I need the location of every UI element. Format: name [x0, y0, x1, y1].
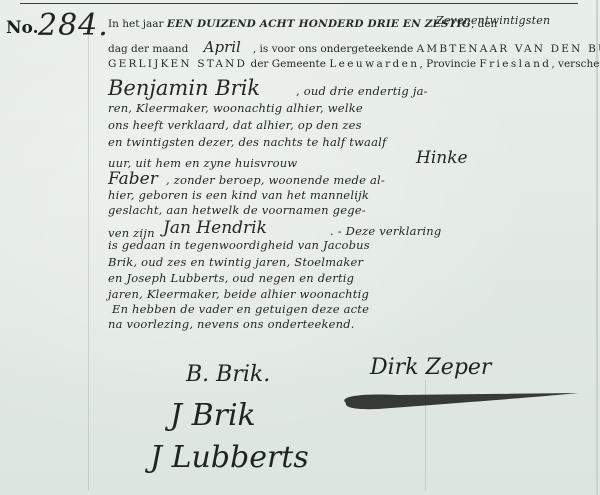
registrar-flourish — [338, 391, 588, 411]
body-text: En hebben de vader en getuigen deze acte — [112, 302, 369, 316]
signature-witness-2: J Lubberts — [150, 440, 309, 475]
printed-text: In het jaar — [108, 18, 164, 30]
body-line: Benjamin Brik , oud drie endertig ja- — [108, 76, 573, 98]
mother-surname: Faber — [108, 169, 158, 189]
printed-text: dag der maand — [108, 43, 188, 55]
printed-city: Leeuwarden — [329, 58, 419, 70]
header-line-3: GERLIJKEN STAND der Gemeente Leeuwarden,… — [108, 58, 600, 70]
child-given-names: Jan Hendrik — [163, 218, 267, 238]
body-text: jaren, Kleermaker, beide alhier woonacht… — [108, 287, 369, 301]
signature-witness-1: J Brik — [170, 398, 256, 433]
printed-text: der Gemeente — [250, 58, 325, 70]
printed-year: EEN DUIZEND ACHT HONDERD DRIE EN ZESTIG — [167, 18, 471, 30]
body-text: Brik, oud zes en twintig jaren, Stoelmak… — [108, 255, 363, 269]
entry-number-value: 284. — [38, 8, 109, 43]
margin-line — [88, 20, 89, 490]
body-text: uur, uit hem en zyne huisvrouw — [108, 156, 297, 170]
header-line-2: dag der maand April, is voor ons onderge… — [108, 38, 600, 56]
page-edge — [596, 0, 598, 495]
printed-province: Friesland — [479, 58, 551, 70]
body-line: ven zijn Jan Hendrik . - Deze verklaring — [108, 218, 573, 240]
printed-text: , Provincie — [419, 58, 476, 70]
printed-text: , verschenen: — [551, 58, 600, 70]
body-text: is gedaan in tegenwoordigheid van Jacobu… — [108, 238, 370, 252]
printed-text: , is voor ons ondergeteekende — [253, 43, 413, 55]
body-text: en twintigsten dezer, des nachts te half… — [108, 135, 387, 149]
body-text: geslacht, aan hetwelk de voornamen gege- — [108, 203, 366, 217]
handwritten-day: Zevenentwintigsten — [436, 14, 550, 27]
document-page: No. 284. In het jaar EEN DUIZEND ACHT HO… — [0, 0, 600, 495]
body-text: . - Deze verklaring — [330, 224, 441, 238]
body-text: hier, geboren is een kind van het mannel… — [108, 188, 369, 202]
body-line: na voorlezing, nevens ons onderteekend. — [108, 317, 573, 339]
body-text: na voorlezing, nevens ons onderteekend. — [108, 317, 355, 331]
father-name: Benjamin Brik — [108, 76, 260, 100]
entry-number-label: No. — [6, 18, 39, 38]
handwritten-month: April — [192, 38, 253, 56]
mother-first-name: Hinke — [416, 148, 468, 168]
top-border-rule — [20, 3, 578, 4]
signature-father: B. Brik. — [186, 362, 270, 387]
body-text: ren, Kleermaker, woonachtig alhier, welk… — [108, 101, 363, 115]
body-text: ons heeft verklaard, dat alhier, op den … — [108, 118, 362, 132]
body-text: en Joseph Lubberts, oud negen en dertig — [108, 271, 354, 285]
signature-registrar: Dirk Zeper — [370, 355, 491, 380]
body-text: , zonder beroep, woonende mede al- — [166, 173, 385, 187]
body-text: , oud drie endertig ja- — [296, 84, 428, 98]
printed-title: GERLIJKEN STAND — [108, 58, 247, 70]
printed-title: AMBTENAAR VAN DEN BUR- — [417, 43, 600, 55]
